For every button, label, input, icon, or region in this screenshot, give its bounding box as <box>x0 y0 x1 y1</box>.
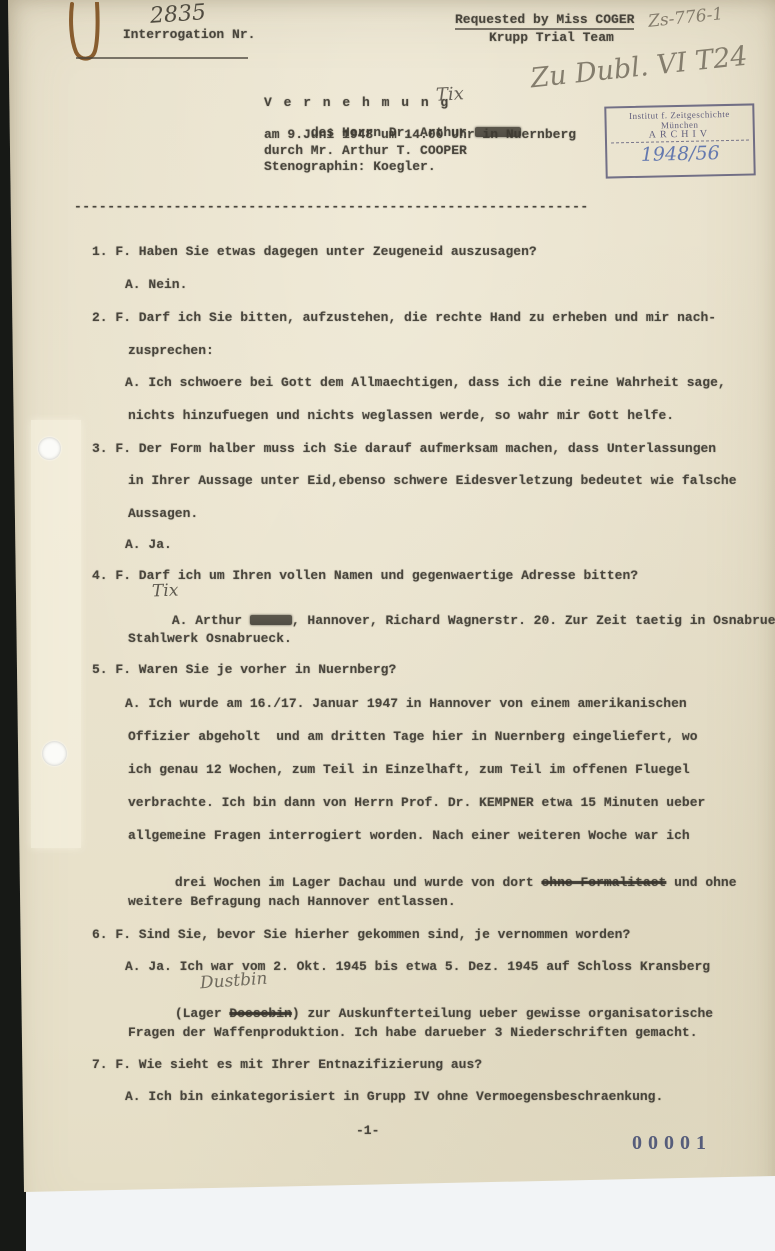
answer-4-pre: A. Arthur <box>172 613 250 628</box>
date-place-line: am 9.Juni 1948 um 14.00 Uhr in Nuernberg <box>264 128 576 142</box>
team-line: Krupp Trial Team <box>489 31 614 45</box>
archive-stamp: Institut f. Zeitgeschichte München ARCHI… <box>604 103 755 178</box>
punch-hole-bottom <box>42 741 67 766</box>
pencil-filing-note-handwritten: Zu Dubl. VI T24 <box>529 41 749 95</box>
struck-camp-name: Doesebin <box>229 1006 291 1021</box>
requested-by-line: Requested by Miss COGER <box>455 13 634 30</box>
interrogation-label-text: Interrogation Nr. <box>123 27 256 42</box>
dashed-separator: ----------------------------------------… <box>74 200 589 214</box>
question-3-line2: in Ihrer Aussage unter Eid,ebenso schwer… <box>128 474 737 488</box>
name-correction-handwritten-header: Tix <box>435 83 464 105</box>
archive-page-stamp-number: 00001 <box>632 1132 712 1155</box>
answer-5-line3: ich genau 12 Wochen, zum Teil in Einzelh… <box>128 763 690 777</box>
answer-5-line1: A. Ich wurde am 16./17. Januar 1947 in H… <box>125 697 687 711</box>
punch-hole-top <box>38 437 61 460</box>
struck-through-words: ohne Formalitaet <box>541 875 666 890</box>
interrogator-line: durch Mr. Arthur T. COOPER <box>264 144 467 158</box>
archive-stamp-text: Institut f. Zeitgeschichte München ARCHI… <box>610 109 749 144</box>
answer-7: A. Ich bin einkategorisiert in Grupp IV … <box>125 1090 663 1104</box>
stamp-archiv-line: ARCHIV <box>611 129 749 142</box>
question-3-line3: Aussagen. <box>128 507 198 521</box>
answer-1: A. Nein. <box>125 278 187 292</box>
answer-5-line5: allgemeine Fragen interrogiert worden. N… <box>128 829 690 843</box>
question-5: 5. F. Waren Sie je vorher in Nuernberg? <box>92 663 396 677</box>
reference-number-handwritten: Zs-776-1 <box>647 4 724 32</box>
tape-strip <box>31 420 81 848</box>
stamp-number-handwritten: 1948/56 <box>611 141 749 168</box>
question-2-line1: 2. F. Darf ich Sie bitten, aufzustehen, … <box>92 311 716 325</box>
answer-4-line2: Stahlwerk Osnabrueck. <box>128 632 292 646</box>
interrogation-number-handwritten: 2835 <box>149 0 207 29</box>
page-number: -1- <box>356 1124 379 1138</box>
answer-2-line2: nichts hinzufuegen und nichts weglassen … <box>128 409 674 423</box>
answer-5-line2: Offizier abgeholt und am dritten Tage hi… <box>128 730 698 744</box>
paper-sheet: Interrogation Nr. 2835 Requested by Miss… <box>0 0 775 1251</box>
stenographer-line: Stenographin: Koegler. <box>264 160 436 174</box>
answer-3: A. Ja. <box>125 538 172 552</box>
answer-5-line6-pre: drei Wochen im Lager Dachau und wurde vo… <box>175 875 542 890</box>
question-1: 1. F. Haben Sie etwas dagegen unter Zeug… <box>92 245 537 259</box>
redacted-name-bar-answer <box>250 615 292 625</box>
answer-6-line3: Fragen der Waffenproduktion. Ich habe da… <box>128 1026 698 1040</box>
scanned-document-page: Interrogation Nr. 2835 Requested by Miss… <box>0 0 775 1251</box>
name-correction-handwritten-answer: Tix <box>152 581 179 602</box>
question-6: 6. F. Sind Sie, bevor Sie hierher gekomm… <box>92 928 630 942</box>
answer-6-line2-pre: (Lager <box>175 1006 230 1021</box>
question-7: 7. F. Wie sieht es mit Ihrer Entnazifizi… <box>92 1058 482 1072</box>
document-title: V e r n e h m u n g <box>264 96 450 110</box>
answer-2-line1: A. Ich schwoere bei Gott dem Allmaechtig… <box>125 376 726 390</box>
camp-name-correction-handwritten: Dustbin <box>199 969 268 994</box>
question-3-line1: 3. F. Der Form halber muss ich Sie darau… <box>92 442 716 456</box>
answer-5-line6-post: und ohne <box>666 875 736 890</box>
answer-6-line2-post: ) zur Auskunfterteilung ueber gewisse or… <box>292 1006 713 1021</box>
answer-4-post: , Hannover, Richard Wagnerstr. 20. Zur Z… <box>292 613 775 628</box>
answer-5-line7: weitere Befragung nach Hannover entlasse… <box>128 895 456 909</box>
question-2-line2: zusprechen: <box>128 344 214 358</box>
answer-5-line4: verbrachte. Ich bin dann von Herrn Prof.… <box>128 796 705 810</box>
